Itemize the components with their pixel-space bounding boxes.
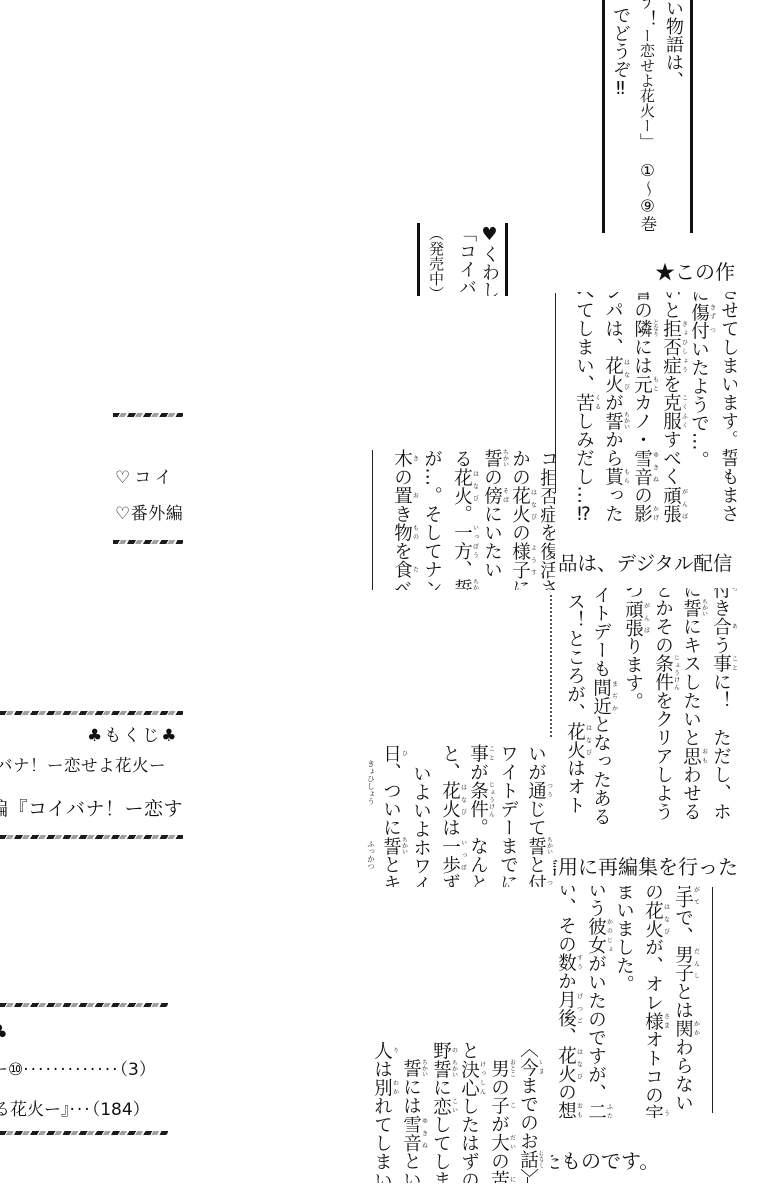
furigana-reading: がんば	[643, 600, 650, 637]
furigana-word: 話はなし	[518, 1150, 539, 1169]
decorative-border-top	[0, 1003, 168, 1007]
text-column: いよいよホワイ	[411, 764, 430, 887]
toc-entry-title: る花火ー』	[0, 1100, 70, 1120]
furigana-reading: こと	[731, 654, 738, 673]
furigana-word: 誓ちかい	[431, 1060, 452, 1079]
furigana-word: 付つ	[526, 874, 547, 888]
furigana-reading: ちかい	[451, 1060, 458, 1079]
furigana-word: 様子ようす	[510, 542, 531, 579]
furigana-reading: だんし	[693, 945, 700, 982]
text-column: 誓の隣となりには元もとカノ・雪音ゆきねの影かげ	[632, 292, 658, 523]
furigana-reading: き	[412, 449, 419, 468]
text-column: 事ことが条件じょうけん。なんと	[468, 744, 494, 887]
furigana-reading: はなし	[538, 1150, 544, 1169]
story-text-tile: 苦手にがてで、男子だんしとは関かかわらない の花火はなびが、オレ様さまオトコの宇…	[553, 886, 711, 1118]
notice-text: 信用に再編集を行った	[553, 857, 737, 877]
furigana-reading: こい	[451, 1097, 458, 1116]
furigana-reading: だい	[509, 1133, 516, 1152]
toc-fragment: ♣もくじ♣ バナ！ー恋せよ花火ー 編『コイバナ！ー恋す	[0, 708, 183, 842]
toc-page-number: （3）	[120, 1060, 156, 1080]
furigana-reading: きず	[709, 303, 716, 322]
furigana-word: 雪音ゆきね	[632, 449, 653, 486]
furigana-word: 花火はなび	[556, 1046, 577, 1083]
furigana-reading: あ	[731, 617, 738, 636]
furigana-reading: つ	[546, 874, 553, 888]
toc-fragment: ♡コイ ♡番外編	[113, 410, 183, 546]
furigana-word: 花火はなび	[603, 356, 624, 393]
furigana-word: 様さま	[643, 1012, 664, 1031]
info-column-2: 「コイバ	[457, 224, 475, 296]
furigana-reading: はなび	[585, 722, 592, 759]
toc-heading: ♣もくじ♣	[87, 728, 178, 745]
decorative-border-top	[0, 711, 183, 715]
text-column: い、その数すうか月後げつご、花火はなびの想おも	[556, 886, 582, 1118]
furigana-word: 関かか	[673, 1019, 694, 1038]
furigana-reading: おとこ	[509, 1059, 516, 1078]
furigana-reading: ちかい	[401, 837, 408, 856]
furigana-reading: つ	[731, 588, 738, 599]
furigana-reading: もら	[623, 467, 630, 486]
text-column: が…。そしてナン	[422, 449, 441, 590]
furigana-word: 子こ	[489, 1096, 510, 1115]
toc-entry: ー⑩·············（3）	[0, 1062, 156, 1079]
furigana-word: 苦くる	[574, 393, 595, 412]
furigana-reading: さま	[663, 1012, 670, 1031]
toc-entry: ♡コイ	[115, 470, 176, 487]
furigana-word: 誓ちかい	[452, 579, 473, 591]
furigana-word: 置お	[392, 486, 413, 505]
story-text-tile: いが通つうじて誓ちかいと付つ ワイトデーまでに 事ことが条件じょうけん。なんと …	[365, 741, 555, 887]
text-column: 野の誓ちかいに恋こいしてしま	[431, 1041, 457, 1183]
furigana-word: 頑張がんば	[661, 486, 682, 523]
decorative-border-bottom	[0, 1131, 168, 1135]
furigana-reading: う	[663, 1104, 670, 1118]
furigana-word: 二ふた	[586, 1102, 607, 1118]
text-column: まいました。	[614, 886, 633, 993]
furigana-reading: となり	[652, 319, 659, 338]
furigana-reading: じょうけん	[673, 654, 680, 691]
furigana-word: 誓ちかい	[381, 837, 402, 856]
furigana-word: 影かげ	[632, 504, 653, 523]
furigana-word: 花火はなび	[565, 722, 586, 759]
toc-fragment: ♣ ー⑩·············（3） る花火ー』···（184）	[0, 1000, 168, 1138]
furigana-reading: はなび	[623, 356, 630, 393]
furigana-word: 誓ちかい	[526, 837, 547, 856]
furigana-reading: おも	[576, 1101, 583, 1118]
text-column: と、花火はなびは一歩いっぽず	[440, 744, 466, 887]
notice-text: たものです。	[551, 1151, 659, 1171]
info-column-1: ♥くわし	[480, 224, 498, 296]
furigana-word: 一方いっぽう	[452, 523, 473, 560]
furigana-reading: わか	[392, 1078, 399, 1097]
furigana-reading: り	[392, 1041, 399, 1060]
furigana-word: 宇う	[643, 1104, 664, 1118]
text-column: 男おとこの子こが大だいの苦に	[489, 1059, 515, 1183]
furigana-word: 食た	[392, 560, 413, 579]
furigana-reading: つ	[709, 321, 716, 340]
furigana-reading: ちかい	[472, 579, 479, 591]
furigana-word: 付つ	[689, 321, 710, 340]
frame-rule	[712, 887, 713, 1113]
story-text-tile: させてしまいます。誓もまさ に傷きず付ついたようで…。 いと拒否症きょひしょうを…	[556, 292, 737, 529]
text-column: つ頑張がんばります。	[623, 588, 649, 711]
volume-range: ①〜⑨巻	[638, 161, 657, 232]
text-column: 苦手にがてで、男子だんしとは関かかわらない	[673, 886, 699, 1112]
furigana-reading: ゆきね	[652, 449, 659, 486]
text-column: 木きの置おき物ものを食たべ	[392, 449, 418, 590]
furigana-word: 誓ちかい	[482, 449, 503, 468]
furigana-reading: すう	[576, 953, 583, 972]
furigana-reading: ちかい	[421, 1059, 428, 1078]
furigana-reading: た	[412, 560, 419, 579]
furigana-reading: はなび	[460, 781, 467, 818]
furigana-word: 恋こい	[431, 1097, 452, 1116]
furigana-word: 貰もら	[603, 467, 624, 486]
series-title-start: ナ！	[637, 0, 658, 28]
text-column: 人りは別わかれてしまい	[372, 1041, 398, 1183]
text-column: かの花火はなびの様子ようすに	[510, 449, 536, 590]
furigana-word: 数すう	[556, 953, 577, 972]
club-icon: ♣	[0, 1022, 8, 1042]
furigana-reading: もの	[412, 523, 419, 542]
text-column: 誓ちかいには雪音ゆきねとい	[401, 1059, 427, 1183]
furigana-reading: ようす	[530, 542, 537, 579]
furigana-word: 傷きず	[689, 303, 710, 322]
furigana-word: 雪音ゆきね	[401, 1115, 422, 1152]
furigana-word: 男子だんし	[673, 945, 694, 982]
furigana-word: 事こと	[468, 744, 489, 763]
promo-column-3: でどうぞ‼	[611, 6, 629, 99]
furigana-reading: いっぽう	[472, 523, 479, 560]
text-column: 日ひ、ついに誓ちかいとキ	[381, 744, 407, 887]
furigana-word: 一歩いっぽ	[440, 837, 461, 874]
furigana-word: 合あ	[711, 617, 732, 636]
furigana-reading: けっしん	[479, 1060, 486, 1097]
furigana-word: 花火はなび	[440, 781, 461, 818]
text-column: べてしまい、苦くるしみだし…⁉	[574, 292, 600, 525]
furigana-word: 想おも	[556, 1101, 577, 1118]
toc-entry: ♡番外編	[115, 506, 183, 523]
furigana-reading: いま	[538, 1058, 544, 1077]
promo-column-1: い物語は、	[664, 0, 682, 89]
furigana-word: 物もの	[392, 523, 413, 542]
furigana-word: 誓ちかい	[603, 412, 624, 431]
text-column: いう彼女かのじょがいたのですが、二ふた	[586, 886, 612, 1118]
furigana-reading: ちかい	[701, 599, 708, 618]
furigana-word: 花火はなび	[452, 468, 473, 505]
furigana-word: 花火はなび	[510, 486, 531, 523]
furigana-word: 条件じょうけん	[468, 781, 489, 818]
furigana-reading: かげ	[652, 504, 659, 523]
furigana-word: 復活ふっかつ	[538, 542, 556, 579]
furigana-reading: ちかい	[502, 449, 509, 468]
notice-text: ★この作	[655, 262, 735, 282]
text-column: イトデーも間近まぢかとなったある	[591, 588, 617, 826]
furigana-reading: こ	[509, 1096, 516, 1115]
furigana-word: 苦手にがて	[673, 886, 694, 908]
furigana-word: 別わか	[372, 1078, 393, 1097]
furigana-reading: に	[509, 1170, 516, 1183]
notice-fragment-4: たものです。	[551, 1149, 663, 1173]
text-column: 誓ちかいの傍そばにいたい	[482, 449, 508, 579]
furigana-reading: こと	[488, 744, 495, 763]
furigana-reading: はなび	[576, 1046, 583, 1083]
furigana-reading: まぢか	[611, 678, 618, 715]
furigana-word: 誓ちかい	[681, 599, 702, 618]
furigana-word: 大だい	[489, 1133, 510, 1152]
furigana-reading: ちかい	[623, 412, 630, 431]
text-column: いと拒否症きょひしょうを克服こくふくすべく頑張がんば	[661, 292, 687, 523]
summary-heading-column: 〈今いままでのお話はなし〉	[518, 1039, 543, 1183]
text-column: に傷きず付ついたようで…。	[689, 292, 715, 469]
furigana-reading: はなび	[530, 486, 537, 523]
furigana-word: 野の	[431, 1041, 452, 1060]
promo-column-2: ナ！ー恋せよ花火ー」①〜⑨巻	[638, 0, 656, 232]
furigana-reading: きょひしょう	[681, 319, 688, 375]
furigana-reading: ひ	[401, 744, 408, 763]
furigana-word: 彼女かのじょ	[586, 917, 607, 954]
decorative-border-bottom	[113, 540, 183, 544]
text-column: させてしまいます。誓もまさ	[719, 292, 737, 523]
furigana-word: 決心けっしん	[459, 1060, 480, 1097]
furigana-reading: いっぽ	[460, 837, 467, 874]
furigana-word: 月後げつご	[556, 990, 577, 1027]
furigana-word: 花火はなび	[643, 901, 664, 938]
furigana-word: 通つう	[526, 781, 547, 800]
furigana-reading: ちかい	[546, 837, 553, 856]
furigana-word: 傍そば	[482, 486, 503, 505]
info-box: ♥くわし 「コイバ （発売中）	[417, 223, 508, 296]
toc-entry: る花火ー』···（184）	[0, 1102, 150, 1119]
story-text-tile: 〈今いままでのお話はなし〉 男おとこの子こが大だいの苦に と決心けっしんしたはず…	[363, 1038, 543, 1183]
decorative-border-bottom	[0, 835, 183, 839]
furigana-word: 今いま	[518, 1058, 539, 1077]
text-column: ワイトデーまでに	[498, 744, 517, 887]
furigana-word: 隣となり	[632, 319, 653, 338]
furigana-reading: はなび	[663, 901, 670, 938]
furigana-word: 間近まぢか	[591, 678, 612, 715]
promo-box: い物語は、 ナ！ー恋せよ花火ー」①〜⑨巻 でどうぞ‼	[602, 0, 693, 233]
furigana-word: 元もと	[632, 375, 653, 394]
furigana-reading: ふた	[606, 1102, 613, 1118]
furigana-reading: げつご	[576, 990, 583, 1027]
furigana-word: 人り	[372, 1041, 393, 1060]
furigana-word: 頑張がんば	[623, 600, 644, 637]
notice-text: 品は、デジタル配信	[558, 554, 732, 574]
text-column: ス！ところが、花火はなびはオト	[565, 592, 591, 814]
toc-entry-title: ー⑩	[0, 1060, 23, 1080]
text-column: 付つき合あう事ことに！ ただし、ホ	[711, 588, 737, 821]
furigana-reading: お	[412, 486, 419, 505]
furigana-fragment: ふっかつ	[367, 840, 375, 870]
text-column: と決心けっしんしたはずの	[459, 1041, 485, 1183]
furigana-reading: かのじょ	[606, 917, 613, 954]
text-column: る花火はなび。一方いっぽう、誓ちかい	[452, 449, 478, 590]
toc-page-number: （184）	[92, 1100, 150, 1120]
text-column: とかその条件じょうけんをクリアしよう	[653, 588, 679, 821]
text-column: いが通つうじて誓ちかいと付つ	[526, 744, 552, 887]
story-text-tile: コ拒否症きょひしょうを復活ふっかつさ かの花火はなびの様子ようすに 誓ちかいの傍…	[373, 447, 555, 590]
toc-entry: 編『コイバナ！ー恋す	[0, 800, 183, 819]
furigana-word: 拒否症きょひしょう	[661, 319, 682, 375]
furigana-word: 付つ	[711, 588, 732, 599]
toc-dot-leader: ·············	[23, 1060, 119, 1080]
furigana-reading: はなび	[472, 468, 479, 505]
furigana-reading: ゆきね	[421, 1115, 428, 1152]
furigana-reading: つう	[546, 781, 553, 800]
furigana-reading: の	[451, 1041, 458, 1060]
furigana-word: 思おも	[681, 747, 702, 766]
story-text-tile: 付つき合あう事ことに！ ただし、ホ に誓ちかいにキスしたいと思おもわせる とかそ…	[549, 588, 737, 830]
series-subtitle: ー恋せよ花火ー	[638, 28, 656, 133]
furigana-word: 誓ちかい	[401, 1059, 422, 1078]
furigana-word: 木き	[392, 449, 413, 468]
info-column-3: （発売中）	[428, 226, 443, 296]
furigana-reading: じょうけん	[488, 781, 495, 818]
notice-fragment-2: 品は、デジタル配信	[556, 551, 737, 576]
furigana-reading: にがて	[693, 886, 700, 908]
furigana-word: 苦に	[489, 1170, 510, 1183]
text-column: ンパは、花火はなびが誓ちかいから貰もらった	[603, 292, 629, 523]
furigana-fragment: きょひしょう	[367, 760, 375, 805]
furigana-reading: くる	[594, 393, 601, 412]
toc-entry: バナ！ー恋せよ花火ー	[0, 758, 166, 775]
furigana-word: 日ひ	[381, 744, 402, 763]
frame-rule	[527, 1177, 528, 1183]
text-column: コ拒否症きょひしょうを復活ふっかつさ	[538, 449, 555, 590]
notice-fragment-1: ★この作	[653, 260, 737, 284]
furigana-word: 事こと	[711, 654, 732, 673]
text-column: の花火はなびが、オレ様さまオトコの宇う	[643, 886, 669, 1118]
text-column: に誓ちかいにキスしたいと思おもわせる	[681, 588, 707, 821]
furigana-word: 男おとこ	[489, 1059, 510, 1078]
furigana-word: 条件じょうけん	[653, 654, 674, 691]
furigana-word: 拒否症きょひしょう	[538, 468, 556, 524]
decorative-border-top	[113, 413, 183, 417]
series-title-end: 」	[637, 133, 658, 151]
furigana-reading: そば	[502, 486, 509, 505]
furigana-word: 克服こくふく	[661, 393, 682, 430]
furigana-reading: もと	[652, 375, 659, 394]
furigana-reading: おも	[701, 747, 708, 766]
furigana-reading: こくふく	[681, 393, 688, 430]
furigana-reading: かか	[693, 1019, 700, 1038]
furigana-reading: がんば	[681, 486, 688, 523]
notice-fragment-3: 信用に再編集を行った	[553, 853, 737, 880]
toc-dot-leader: ···	[70, 1100, 92, 1120]
